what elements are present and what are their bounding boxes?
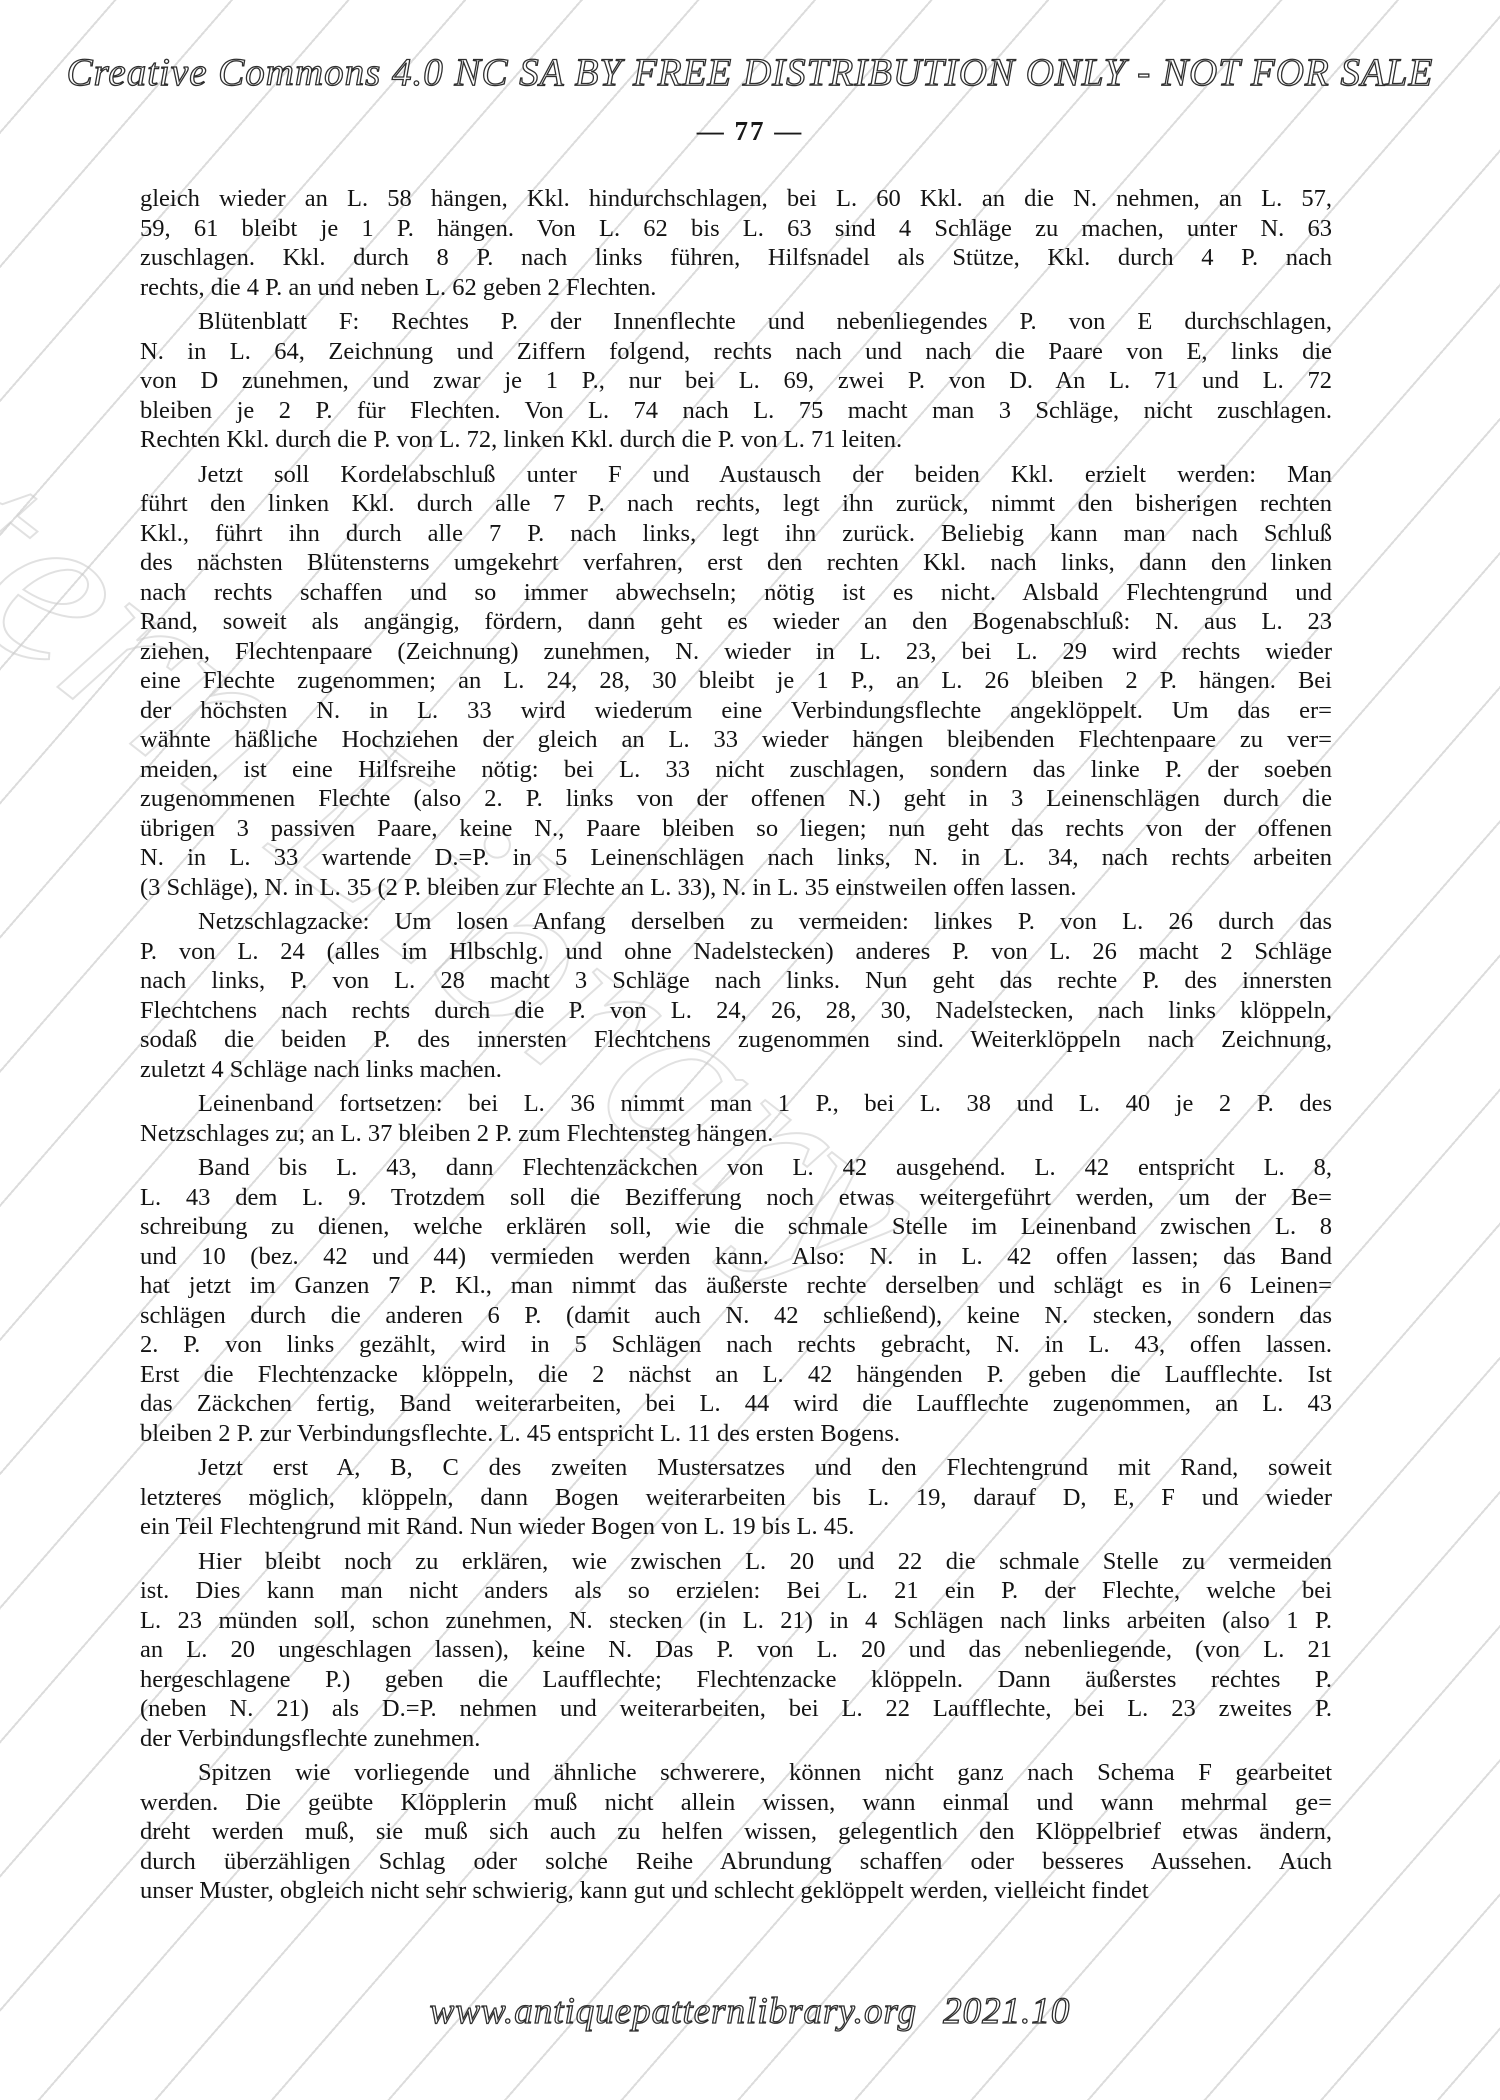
paragraph: Leinenband fortsetzen: bei L. 36 nimmt m… — [140, 1089, 1332, 1148]
text-line: nach rechts schaffen und so immer abwech… — [140, 578, 1332, 608]
text-line: übrigen 3 passiven Paare, keine N., Paar… — [140, 814, 1332, 844]
text-line: hergeschlagene P.) geben die Laufflechte… — [140, 1665, 1332, 1695]
text-line: ein Teil Flechtengrund mit Rand. Nun wie… — [140, 1512, 1332, 1542]
text-line: Netzschlages zu; an L. 37 bleiben 2 P. z… — [140, 1119, 1332, 1149]
text-line: (3 Schläge), N. in L. 35 (2 P. bleiben z… — [140, 873, 1332, 903]
text-line: der Verbindungsflechte zunehmen. — [140, 1724, 1332, 1754]
paragraph: Band bis L. 43, dann Flechtenzäckchen vo… — [140, 1153, 1332, 1448]
text-line: Rechten Kkl. durch die P. von L. 72, lin… — [140, 425, 1332, 455]
scanned-book-page: Antique Pattern Library Creative Commons… — [0, 0, 1500, 2100]
text-line: N. in L. 64, Zeichnung und Ziffern folge… — [140, 337, 1332, 367]
text-line: zuletzt 4 Schläge nach links machen. — [140, 1055, 1332, 1085]
paragraph: gleich wieder an L. 58 hängen, Kkl. hind… — [140, 184, 1332, 302]
text-line: Netzschlagzacke: Um losen Anfang derselb… — [140, 907, 1332, 937]
text-line: Band bis L. 43, dann Flechtenzäckchen vo… — [140, 1153, 1332, 1183]
text-line: ziehen, Flechtenpaare (Zeichnung) zunehm… — [140, 637, 1332, 667]
text-line: Flechtchens nach rechts durch die P. von… — [140, 996, 1332, 1026]
text-line: letzteres möglich, klöppeln, dann Bogen … — [140, 1483, 1332, 1513]
paragraph: Netzschlagzacke: Um losen Anfang derselb… — [140, 907, 1332, 1084]
text-line: an L. 20 ungeschlagen lassen), keine N. … — [140, 1635, 1332, 1665]
text-line: P. von L. 24 (alles im Hlbschlg. und ohn… — [140, 937, 1332, 967]
text-line: das Zäckchen fertig, Band weiterarbeiten… — [140, 1389, 1332, 1419]
text-line: Blütenblatt F: Rechtes P. der Innenflech… — [140, 307, 1332, 337]
text-line: Erst die Flechtenzacke klöppeln, die 2 n… — [140, 1360, 1332, 1390]
text-line: Jetzt erst A, B, C des zweiten Mustersat… — [140, 1453, 1332, 1483]
footer-edition: 2021.10 — [943, 1991, 1070, 2032]
page-number: — 77 — — [0, 116, 1500, 147]
text-line: 59, 61 bleibt je 1 P. hängen. Von L. 62 … — [140, 214, 1332, 244]
paragraph: Jetzt erst A, B, C des zweiten Mustersat… — [140, 1453, 1332, 1542]
text-line: N. in L. 33 wartende D.=P. in 5 Leinensc… — [140, 843, 1332, 873]
text-line: Kkl., führt ihn durch alle 7 P. nach lin… — [140, 519, 1332, 549]
license-stamp: Creative Commons 4.0 NC SA BY FREE DISTR… — [0, 50, 1500, 95]
text-line: Jetzt soll Kordelabschluß unter F und Au… — [140, 460, 1332, 490]
text-line: wähnte häßliche Hochziehen der gleich an… — [140, 725, 1332, 755]
text-line: sodaß die beiden P. des innersten Flecht… — [140, 1025, 1332, 1055]
text-line: nach links, P. von L. 28 macht 3 Schläge… — [140, 966, 1332, 996]
text-line: ist. Dies kann man nicht anders als so e… — [140, 1576, 1332, 1606]
footer-stamp: www.antiquepatternlibrary.org2021.10 — [0, 1990, 1500, 2033]
text-line: meiden, ist eine Hilfsreihe nötig: bei L… — [140, 755, 1332, 785]
text-line: führt den linken Kkl. durch alle 7 P. na… — [140, 489, 1332, 519]
text-line: hat jetzt im Ganzen 7 P. Kl., man nimmt … — [140, 1271, 1332, 1301]
text-line: bleiben 2 P. zur Verbindungsflechte. L. … — [140, 1419, 1332, 1449]
text-line: (neben N. 21) als D.=P. nehmen und weite… — [140, 1694, 1332, 1724]
body-text: gleich wieder an L. 58 hängen, Kkl. hind… — [140, 184, 1332, 1906]
paragraph: Jetzt soll Kordelabschluß unter F und Au… — [140, 460, 1332, 903]
text-line: durch überzähligen Schlag oder solche Re… — [140, 1847, 1332, 1877]
text-line: und 10 (bez. 42 und 44) vermieden werden… — [140, 1242, 1332, 1272]
footer-url: www.antiquepatternlibrary.org — [430, 1991, 917, 2032]
paragraph: Hier bleibt noch zu erklären, wie zwisch… — [140, 1547, 1332, 1754]
paragraph: Blütenblatt F: Rechtes P. der Innenflech… — [140, 307, 1332, 455]
text-line: bleiben je 2 P. für Flechten. Von L. 74 … — [140, 396, 1332, 426]
text-line: der höchsten N. in L. 33 wird wiederum e… — [140, 696, 1332, 726]
text-line: dreht werden muß, sie muß sich auch zu h… — [140, 1817, 1332, 1847]
paragraph: Spitzen wie vorliegende und ähnliche sch… — [140, 1758, 1332, 1906]
text-line: L. 23 münden soll, schon zunehmen, N. st… — [140, 1606, 1332, 1636]
text-line: eine Flechte zugenommen; an L. 24, 28, 3… — [140, 666, 1332, 696]
text-line: 2. P. von links gezählt, wird in 5 Schlä… — [140, 1330, 1332, 1360]
text-line: schlägen durch die anderen 6 P. (damit a… — [140, 1301, 1332, 1331]
text-line: L. 43 dem L. 9. Trotzdem soll die Beziff… — [140, 1183, 1332, 1213]
text-line: gleich wieder an L. 58 hängen, Kkl. hind… — [140, 184, 1332, 214]
text-line: zuschlagen. Kkl. durch 8 P. nach links f… — [140, 243, 1332, 273]
text-line: Rand, soweit als angängig, fördern, dann… — [140, 607, 1332, 637]
text-line: Leinenband fortsetzen: bei L. 36 nimmt m… — [140, 1089, 1332, 1119]
text-line: rechts, die 4 P. an und neben L. 62 gebe… — [140, 273, 1332, 303]
text-line: Spitzen wie vorliegende und ähnliche sch… — [140, 1758, 1332, 1788]
text-line: zugenommenen Flechte (also 2. P. links v… — [140, 784, 1332, 814]
text-line: unser Muster, obgleich nicht sehr schwie… — [140, 1876, 1332, 1906]
text-line: von D zunehmen, und zwar je 1 P., nur be… — [140, 366, 1332, 396]
text-line: Hier bleibt noch zu erklären, wie zwisch… — [140, 1547, 1332, 1577]
text-line: des nächsten Blütensterns umgekehrt verf… — [140, 548, 1332, 578]
text-line: werden. Die geübte Klöpplerin muß nicht … — [140, 1788, 1332, 1818]
text-line: schreibung zu dienen, welche erklären so… — [140, 1212, 1332, 1242]
